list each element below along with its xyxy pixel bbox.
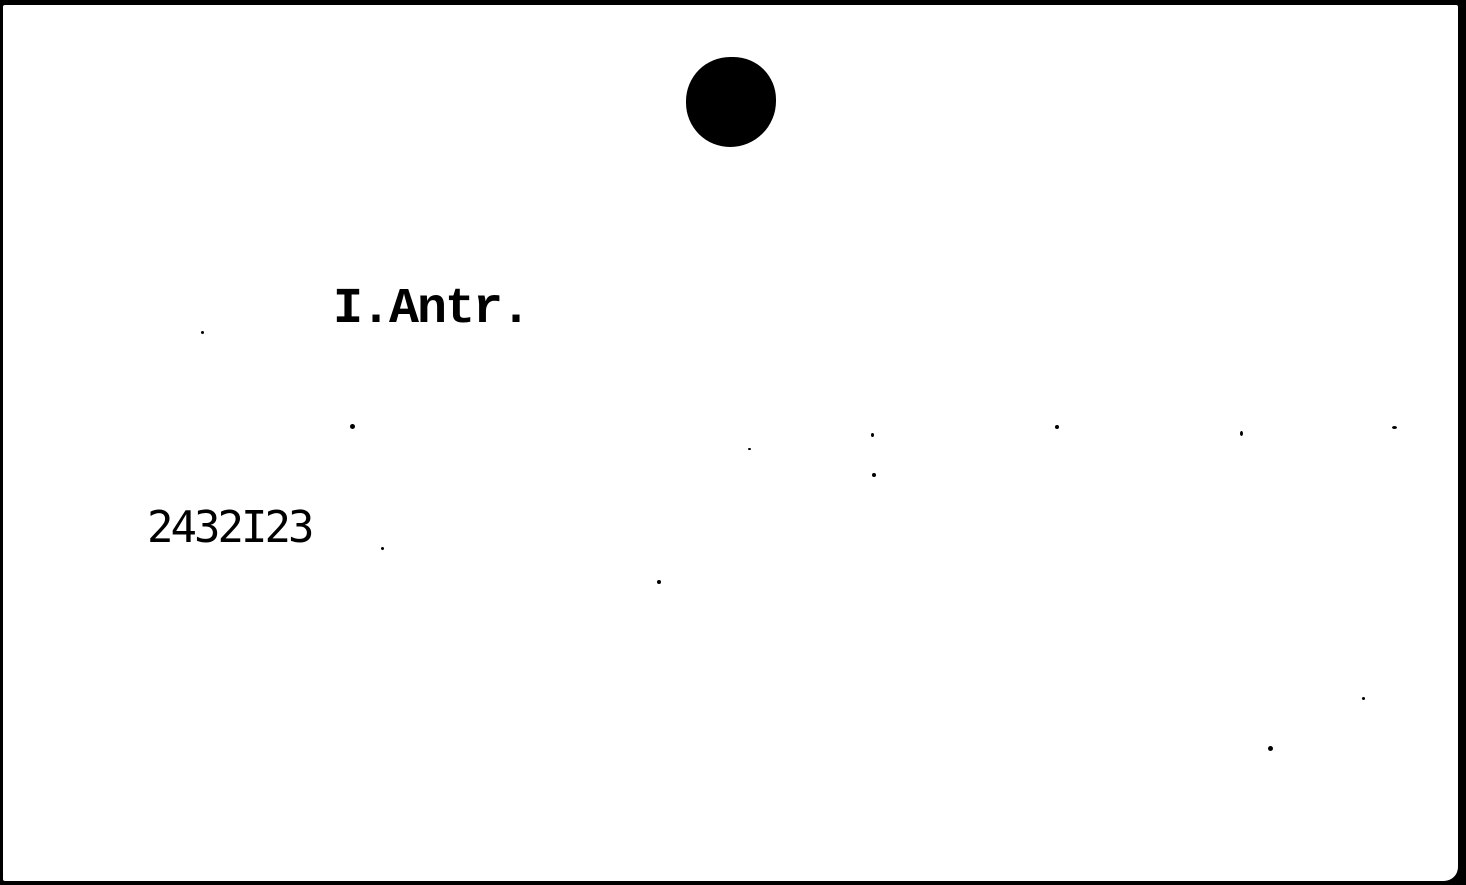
speck: [1392, 426, 1397, 429]
speck: [381, 547, 384, 550]
speck: [1055, 425, 1059, 429]
speck: [1268, 746, 1273, 751]
card-heading: I.Antr.: [333, 281, 529, 338]
speck: [657, 580, 661, 584]
punch-hole: [686, 57, 776, 147]
index-card: I.Antr. 2432I23: [3, 5, 1458, 881]
speck: [201, 331, 204, 334]
speck: [1240, 431, 1243, 436]
speck: [872, 473, 876, 477]
speck: [1362, 697, 1365, 700]
speck: [350, 424, 355, 429]
card-number: 2432I23: [147, 502, 311, 553]
speck: [748, 448, 751, 450]
speck: [871, 433, 874, 437]
